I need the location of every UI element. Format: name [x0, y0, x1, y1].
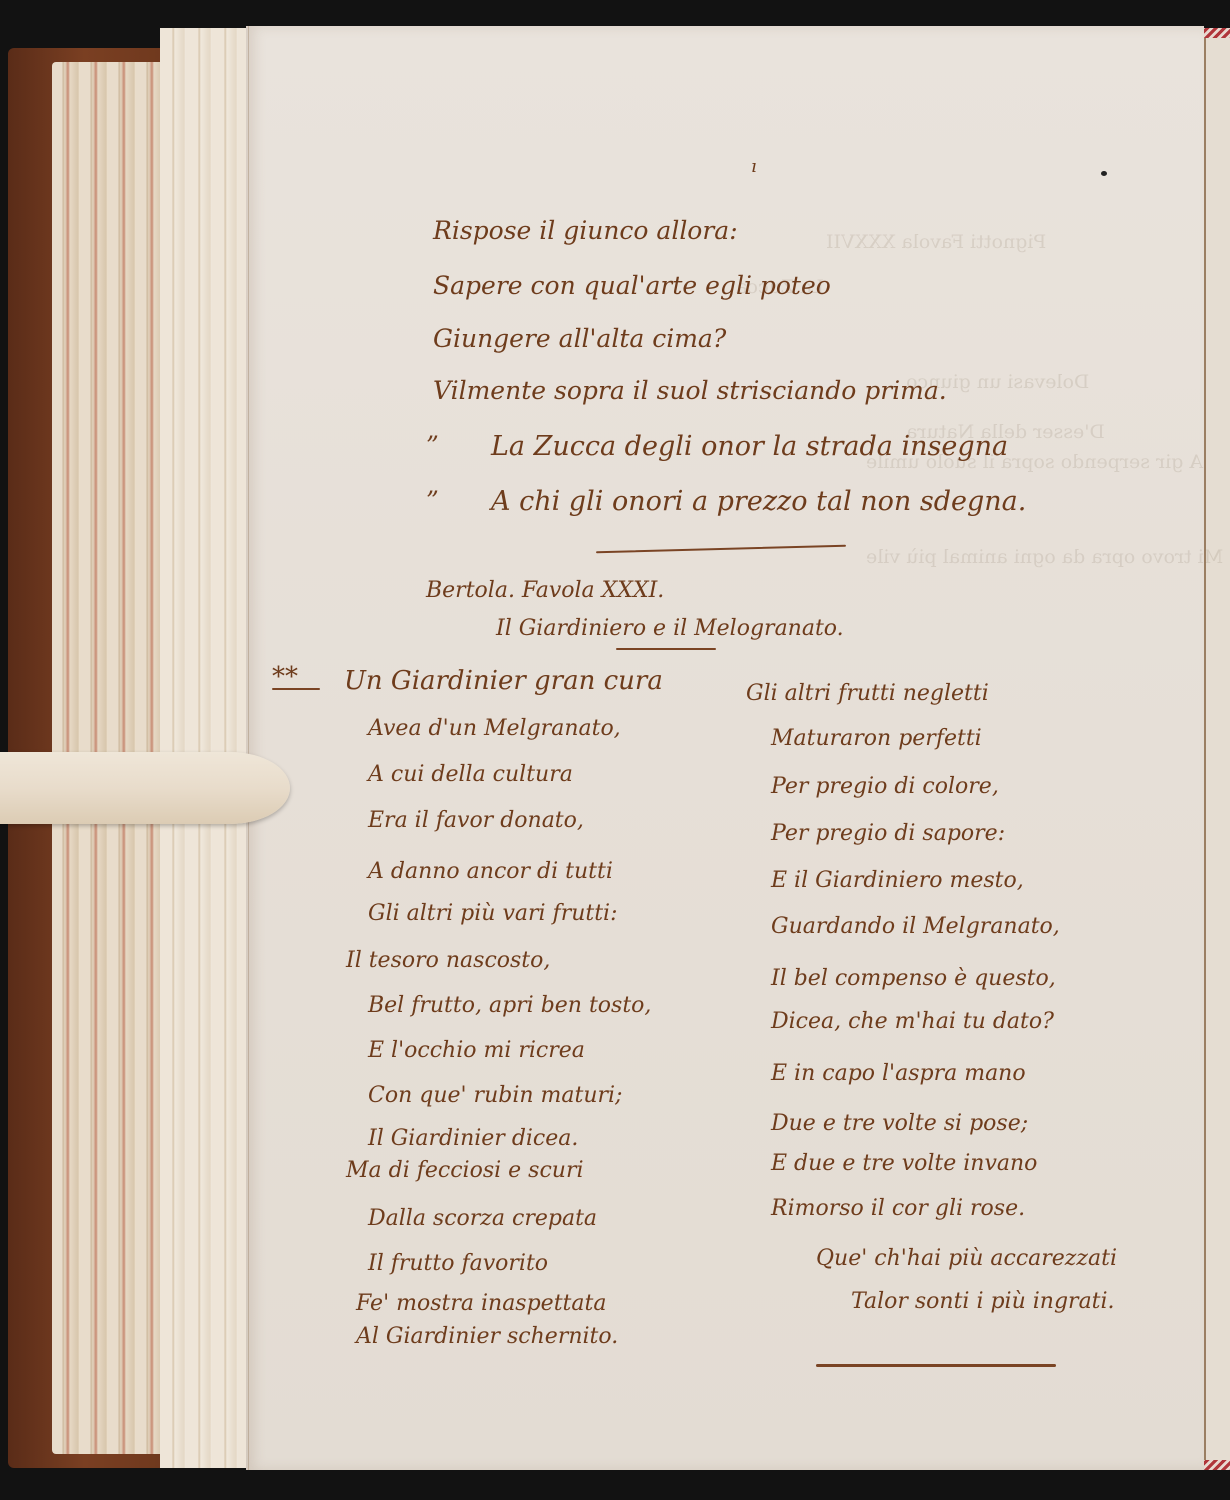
verse-line: Dalla scorza crepata — [368, 1206, 597, 1231]
verse-line: Il frutto favorito — [368, 1251, 548, 1276]
verse-line: Con que' rubin maturi; — [368, 1083, 622, 1108]
verse-line: Guardando il Melgranato, — [771, 914, 1060, 939]
verse-line: E due e tre volte invano — [771, 1151, 1037, 1176]
verse-line: E l'occhio mi ricrea — [368, 1038, 585, 1063]
verse-line: Gli altri frutti negletti — [746, 681, 989, 706]
verse-line: Gli altri più vari frutti: — [368, 901, 618, 926]
verse-line: Il bel compenso è questo, — [771, 966, 1056, 991]
verse-line: Vilmente sopra il suol strisciando prima… — [433, 376, 947, 405]
verse-line: Ma di fecciosi e scuri — [346, 1158, 584, 1183]
verse-line: Rimorso il cor gli rose. — [771, 1196, 1025, 1221]
verse-line: Giungere all'alta cima? — [433, 324, 726, 353]
end-rule — [816, 1364, 1056, 1367]
bleed-through-text: Pignotti Favola XXXVII — [826, 231, 1046, 253]
verse-line: Dicea, che m'hai tu dato? — [771, 1009, 1054, 1034]
verse-line: Il tesoro nascosto, — [346, 948, 550, 973]
marker-underline — [272, 688, 320, 690]
verse-line: Un Giardinier gran cura — [344, 666, 663, 696]
bone-folder — [0, 752, 290, 824]
fable-title: Il Giardiniero e il Melogranato. — [496, 616, 844, 641]
verse-line: Rispose il giunco allora: — [433, 216, 738, 245]
verse-line: A danno ancor di tutti — [368, 859, 613, 884]
moral-line: A chi gli onori a prezzo tal non sdegna. — [491, 486, 1026, 517]
manuscript-page: Pignotti Favola XXXVII La Zucca Dolevasi… — [246, 26, 1204, 1470]
verse-line: Il Giardinier dicea. — [368, 1126, 578, 1151]
verse-line: Due e tre volte si pose; — [771, 1111, 1028, 1136]
page-stack — [160, 28, 250, 1468]
verse-line: Al Giardinier schernito. — [356, 1324, 618, 1349]
fable-source: Bertola. Favola XXXI. — [426, 578, 664, 603]
verse-line: E in capo l'aspra mano — [771, 1061, 1026, 1086]
verse-line: Maturaron perfetti — [771, 726, 982, 751]
verse-line: Per pregio di sapore: — [771, 821, 1005, 846]
quote-marker: ” — [426, 486, 439, 515]
facing-page-edge — [1204, 30, 1230, 1466]
divider-rule — [596, 545, 846, 554]
margin-line — [248, 26, 249, 1470]
quote-marker: ” — [426, 431, 439, 460]
verse-line: Bel frutto, apri ben tosto, — [368, 993, 651, 1018]
bleed-through-text: Mi trovo opra da ogni animal più vile — [866, 546, 1223, 568]
verse-line: Sapere con qual'arte egli poteo — [433, 271, 831, 300]
ink-spot — [1101, 171, 1107, 176]
verse-line: E il Giardiniero mesto, — [771, 868, 1024, 893]
moral-line: La Zucca degli onor la strada insegna — [491, 431, 1008, 462]
moral-line: Que' ch'hai più accarezzati — [816, 1246, 1117, 1271]
verse-line: Avea d'un Melgranato, — [368, 716, 621, 741]
verse-line: Era il favor donato, — [368, 808, 584, 833]
moral-line: Talor sonti i più ingrati. — [851, 1289, 1115, 1314]
verse-line: A cui della cultura — [368, 762, 573, 787]
title-underline — [616, 648, 716, 650]
verse-line: Fe' mostra inaspettata — [356, 1291, 606, 1316]
stray-mark: ı — [751, 156, 757, 177]
verse-line: Per pregio di colore, — [771, 774, 999, 799]
